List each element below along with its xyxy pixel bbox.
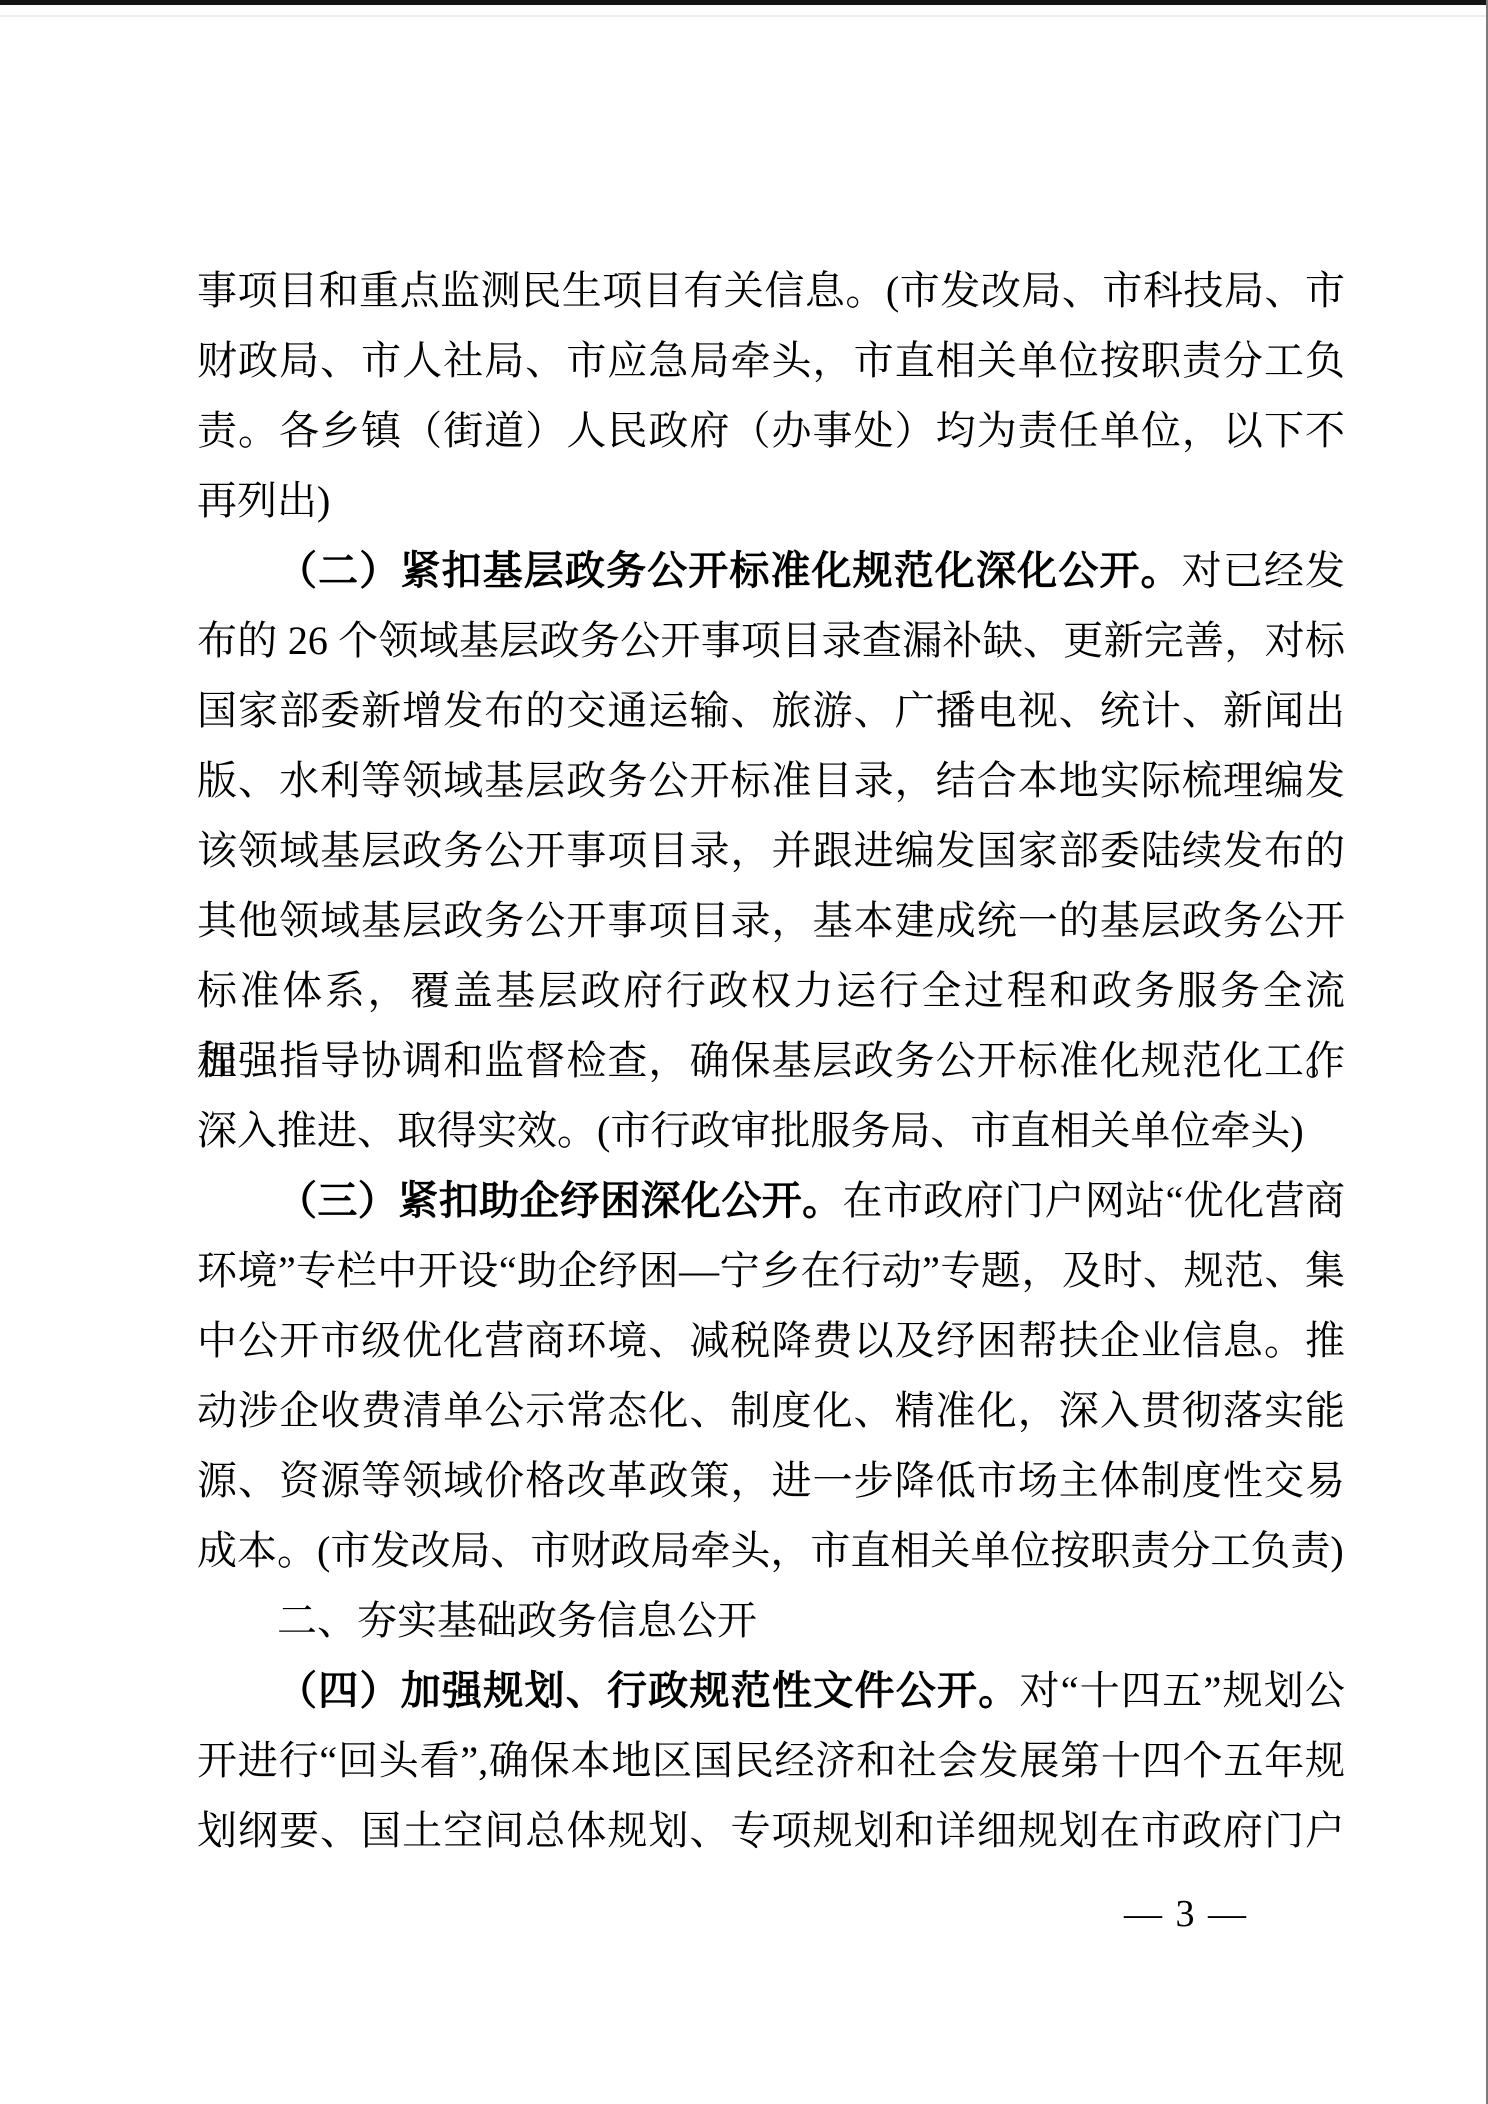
page-number: — 3 — [1124, 1888, 1248, 1940]
line-text: 动涉企收费清单公示常态化、制度化、精准化，深入贯彻落实能 [197, 1388, 1345, 1433]
section-4-heading-line: （四）加强规划、行政规范性文件公开。对“十四五”规划公 [197, 1656, 1345, 1726]
body-text-line: 国家部委新增发布的交通运输、旅游、广播电视、统计、新闻出 [197, 676, 1345, 746]
line-text: 事项目和重点监测民生项目有关信息。(市发改局、市科技局、市 [197, 268, 1345, 313]
line-text: 再列出) [197, 478, 330, 523]
body-text-line: 该领域基层政务公开事项目录，并跟进编发国家部委陆续发布的 [197, 816, 1345, 886]
body-text-line: 版、水利等领域基层政务公开标准目录，结合本地实际梳理编发 [197, 746, 1345, 816]
scan-hairline [0, 15, 1488, 17]
line-text: 该领域基层政务公开事项目录，并跟进编发国家部委陆续发布的 [197, 828, 1345, 873]
body-text-line: 动涉企收费清单公示常态化、制度化、精准化，深入贯彻落实能 [197, 1376, 1345, 1446]
line-text: 成本。(市发改局、市财政局牵头，市直相关单位按职责分工负责) [197, 1528, 1344, 1573]
section-3-heading-bold: （三）紧扣助企纾困深化公开。 [277, 1178, 843, 1223]
line-text: 环境”专栏中开设“助企纾困—宁乡在行动”专题，及时、规范、集 [197, 1248, 1345, 1293]
body-text-line: 加强指导协调和监督检查，确保基层政务公开标准化规范化工作 [197, 1026, 1345, 1096]
section-3-heading-line: （三）紧扣助企纾困深化公开。在市政府门户网站“优化营商 [197, 1166, 1345, 1236]
body-text-line: 开进行“回头看”,确保本地区国民经济和社会发展第十四个五年规 [197, 1726, 1345, 1796]
body-text-line: 布的 26 个领域基层政务公开事项目录查漏补缺、更新完善，对标 [197, 606, 1345, 676]
line-text: 布的 26 个领域基层政务公开事项目录查漏补缺、更新完善，对标 [197, 618, 1345, 663]
line-text: 在市政府门户网站“优化营商 [843, 1178, 1345, 1223]
body-text-line: 源、资源等领域价格改革政策，进一步降低市场主体制度性交易 [197, 1446, 1345, 1516]
line-text: 源、资源等领域价格改革政策，进一步降低市场主体制度性交易 [197, 1458, 1345, 1503]
body-text-line: 中公开市级优化营商环境、减税降费以及纾困帮扶企业信息。推 [197, 1306, 1345, 1376]
document-text-block: 事项目和重点监测民生项目有关信息。(市发改局、市科技局、市 财政局、市人社局、市… [197, 256, 1345, 1866]
line-text: 中公开市级优化营商环境、减税降费以及纾困帮扶企业信息。推 [197, 1318, 1345, 1363]
body-text-line: 划纲要、国土空间总体规划、专项规划和详细规划在市政府门户 [197, 1796, 1345, 1866]
line-text: 财政局、市人社局、市应急局牵头，市直相关单位按职责分工负 [197, 338, 1345, 383]
section-4-heading-bold: （四）加强规划、行政规范性文件公开。 [277, 1668, 1020, 1713]
line-text: 责。各乡镇（街道）人民政府（办事处）均为责任单位，以下不 [197, 408, 1345, 453]
body-text-line: 成本。(市发改局、市财政局牵头，市直相关单位按职责分工负责) [197, 1516, 1345, 1586]
body-text-line: 再列出) [197, 466, 1345, 536]
section-2-heading-bold: （二）紧扣基层政务公开标准化规范化深化公开。 [277, 548, 1182, 593]
line-text: 划纲要、国土空间总体规划、专项规划和详细规划在市政府门户 [197, 1808, 1345, 1853]
body-text-line: 深入推进、取得实效。(市行政审批服务局、市直相关单位牵头) [197, 1096, 1345, 1166]
body-text-line: 环境”专栏中开设“助企纾困—宁乡在行动”专题，及时、规范、集 [197, 1236, 1345, 1306]
line-text: 其他领域基层政务公开事项目录，基本建成统一的基层政务公开 [197, 898, 1345, 943]
line-text: 深入推进、取得实效。(市行政审批服务局、市直相关单位牵头) [197, 1108, 1304, 1153]
line-text: 对已经发 [1182, 548, 1345, 593]
line-text: 版、水利等领域基层政务公开标准目录，结合本地实际梳理编发 [197, 758, 1345, 803]
line-text: 开进行“回头看”,确保本地区国民经济和社会发展第十四个五年规 [197, 1738, 1345, 1783]
scan-edge-top [0, 0, 1488, 5]
body-text-line: 其他领域基层政务公开事项目录，基本建成统一的基层政务公开 [197, 886, 1345, 956]
body-text-line: 财政局、市人社局、市应急局牵头，市直相关单位按职责分工负 [197, 326, 1345, 396]
line-text: 国家部委新增发布的交通运输、旅游、广播电视、统计、新闻出 [197, 688, 1345, 733]
part-2-heading-line: 二、夯实基础政务信息公开 [197, 1586, 1345, 1656]
line-text: 加强指导协调和监督检查，确保基层政务公开标准化规范化工作 [197, 1038, 1345, 1083]
body-text-line: 标准体系，覆盖基层政府行政权力运行全过程和政务服务全流程。 [197, 956, 1345, 1026]
section-2-heading-line: （二）紧扣基层政务公开标准化规范化深化公开。对已经发 [197, 536, 1345, 606]
line-text: 二、夯实基础政务信息公开 [277, 1598, 757, 1643]
body-text-line: 事项目和重点监测民生项目有关信息。(市发改局、市科技局、市 [197, 256, 1345, 326]
body-text-line: 责。各乡镇（街道）人民政府（办事处）均为责任单位，以下不 [197, 396, 1345, 466]
line-text: 对“十四五”规划公 [1020, 1668, 1346, 1713]
